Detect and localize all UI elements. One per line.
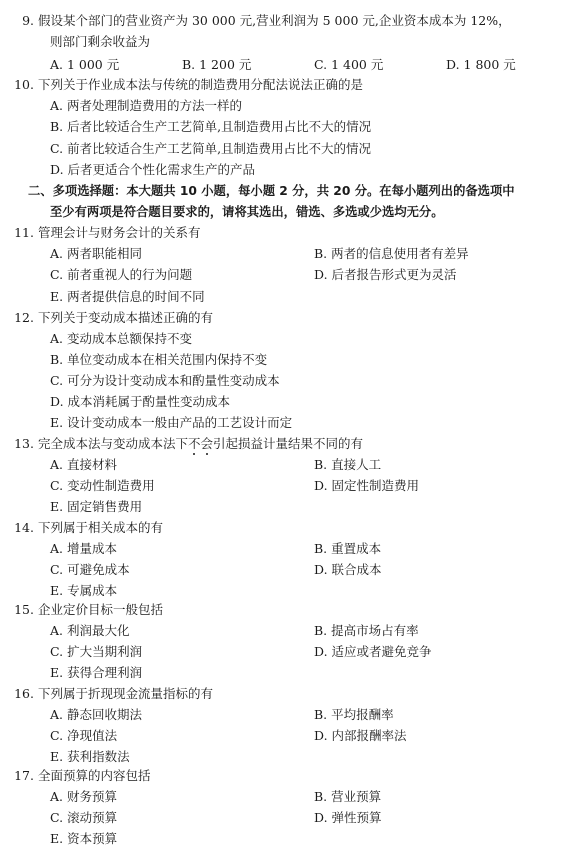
option-b: B. 直接人工 bbox=[314, 456, 381, 474]
section-instructions: 至少有两项是符合题目要求的，请将其选出，错选、多选或少选均无分。 bbox=[50, 203, 444, 221]
option-a: A. 财务预算 bbox=[50, 788, 117, 806]
option-a: A. 静态回收期法 bbox=[50, 706, 142, 724]
option-b: B. 后者比较适合生产工艺简单,且制造费用占比不大的情况 bbox=[50, 118, 371, 136]
question-number: 10. bbox=[12, 76, 34, 94]
stem-text: 管理会计与财务会计的关系有 bbox=[38, 225, 201, 240]
option-a: A. 两者职能相同 bbox=[50, 245, 142, 263]
option-d: D. 后者更适合个性化需求生产的产品 bbox=[50, 161, 255, 179]
option-d: D. 联合成本 bbox=[314, 561, 382, 579]
option-e: E. 资本预算 bbox=[50, 830, 117, 846]
stem-text: 下列关于作业成本法与传统的制造费用分配法说法正确的是 bbox=[38, 77, 363, 92]
option-c: C. 净现值法 bbox=[50, 727, 117, 745]
option-c: C. 前者重视人的行为问题 bbox=[50, 266, 192, 284]
question-number: 16. bbox=[12, 685, 34, 703]
stem-text: 完全成本法与变动成本法下 bbox=[38, 436, 188, 451]
question-number: 15. bbox=[12, 601, 34, 619]
option-c: C. 变动性制造费用 bbox=[50, 477, 155, 495]
option-b: B. 两者的信息使用者有差异 bbox=[314, 245, 469, 263]
option-c: C. 可分为设计变动成本和酌量性变动成本 bbox=[50, 372, 280, 390]
option-b: B. 提高市场占有率 bbox=[314, 622, 419, 640]
stem-text: 下列属于折现现金流量指标的有 bbox=[38, 686, 213, 701]
exam-page: 9.假设某个部门的营业资产为 30 000 元,营业利润为 5 000 元,企业… bbox=[0, 0, 584, 846]
option-a: A. 1 000 元 bbox=[50, 56, 119, 74]
question-number: 11. bbox=[12, 224, 34, 242]
option-b: B. 重置成本 bbox=[314, 540, 381, 558]
option-a: A. 增量成本 bbox=[50, 540, 117, 558]
option-e: E. 固定销售费用 bbox=[50, 498, 142, 516]
option-d: D. 内部报酬率法 bbox=[314, 727, 407, 745]
question-stem: 16.下列属于折现现金流量指标的有 bbox=[12, 685, 213, 703]
question-number: 14. bbox=[12, 519, 34, 537]
option-c: C. 前者比较适合生产工艺简单,且制造费用占比不大的情况 bbox=[50, 140, 371, 158]
emphasized-char: 不 bbox=[188, 436, 201, 451]
question-stem: 15.企业定价目标一般包括 bbox=[12, 601, 163, 619]
question-stem: 10.下列关于作业成本法与传统的制造费用分配法说法正确的是 bbox=[12, 76, 363, 94]
option-c: C. 1 400 元 bbox=[314, 56, 383, 74]
option-c: C. 滚动预算 bbox=[50, 809, 117, 827]
option-a: A. 直接材料 bbox=[50, 456, 117, 474]
option-b: B. 营业预算 bbox=[314, 788, 381, 806]
option-b: B. 平均报酬率 bbox=[314, 706, 394, 724]
option-b: B. 1 200 元 bbox=[182, 56, 251, 74]
option-d: D. 适应或者避免竞争 bbox=[314, 643, 432, 661]
question-stem: 17.全面预算的内容包括 bbox=[12, 767, 151, 785]
question-stem: 13.完全成本法与变动成本法下不会引起损益计量结果不同的有 bbox=[12, 435, 363, 453]
option-b: B. 单位变动成本在相关范围内保持不变 bbox=[50, 351, 267, 369]
stem-text: 假设某个部门的营业资产为 30 000 元,营业利润为 5 000 元,企业资本… bbox=[38, 13, 511, 28]
option-e: E. 获利指数法 bbox=[50, 748, 130, 766]
question-stem: 14.下列属于相关成本的有 bbox=[12, 519, 163, 537]
option-d: D. 固定性制造费用 bbox=[314, 477, 419, 495]
option-a: A. 变动成本总额保持不变 bbox=[50, 330, 192, 348]
question-number: 13. bbox=[12, 435, 34, 453]
stem-text: 企业定价目标一般包括 bbox=[38, 602, 163, 617]
option-d: D. 后者报告形式更为灵活 bbox=[314, 266, 457, 284]
question-stem: 11.管理会计与财务会计的关系有 bbox=[12, 224, 201, 242]
stem-text: 全面预算的内容包括 bbox=[38, 768, 151, 783]
question-number: 12. bbox=[12, 309, 34, 327]
question-number: 17. bbox=[12, 767, 34, 785]
option-d: D. 1 800 元 bbox=[446, 56, 516, 74]
stem-text: 引起损益计量结果不同的有 bbox=[213, 436, 363, 451]
stem-text: 下列关于变动成本描述正确的有 bbox=[38, 310, 213, 325]
option-a: A. 两者处理制造费用的方法一样的 bbox=[50, 97, 242, 115]
question-stem: 9.假设某个部门的营业资产为 30 000 元,营业利润为 5 000 元,企业… bbox=[12, 12, 511, 30]
option-e: E. 两者提供信息的时间不同 bbox=[50, 288, 205, 306]
stem-continuation: 则部门剩余收益为 bbox=[50, 33, 150, 51]
option-c: C. 可避免成本 bbox=[50, 561, 130, 579]
stem-text: 下列属于相关成本的有 bbox=[38, 520, 163, 535]
option-e: E. 专属成本 bbox=[50, 582, 117, 600]
option-e: E. 获得合理利润 bbox=[50, 664, 142, 682]
question-number: 9. bbox=[12, 12, 34, 30]
option-e: E. 设计变动成本一般由产品的工艺设计而定 bbox=[50, 414, 292, 432]
emphasized-char: 会 bbox=[201, 436, 214, 451]
option-c: C. 扩大当期利润 bbox=[50, 643, 142, 661]
option-a: A. 利润最大化 bbox=[50, 622, 129, 640]
option-d: D. 弹性预算 bbox=[314, 809, 382, 827]
section-title: 二、多项选择题：本大题共 10 小题，每小题 2 分，共 20 分。在每小题列出… bbox=[28, 182, 515, 200]
option-d: D. 成本消耗属于酌量性变动成本 bbox=[50, 393, 230, 411]
question-stem: 12.下列关于变动成本描述正确的有 bbox=[12, 309, 213, 327]
